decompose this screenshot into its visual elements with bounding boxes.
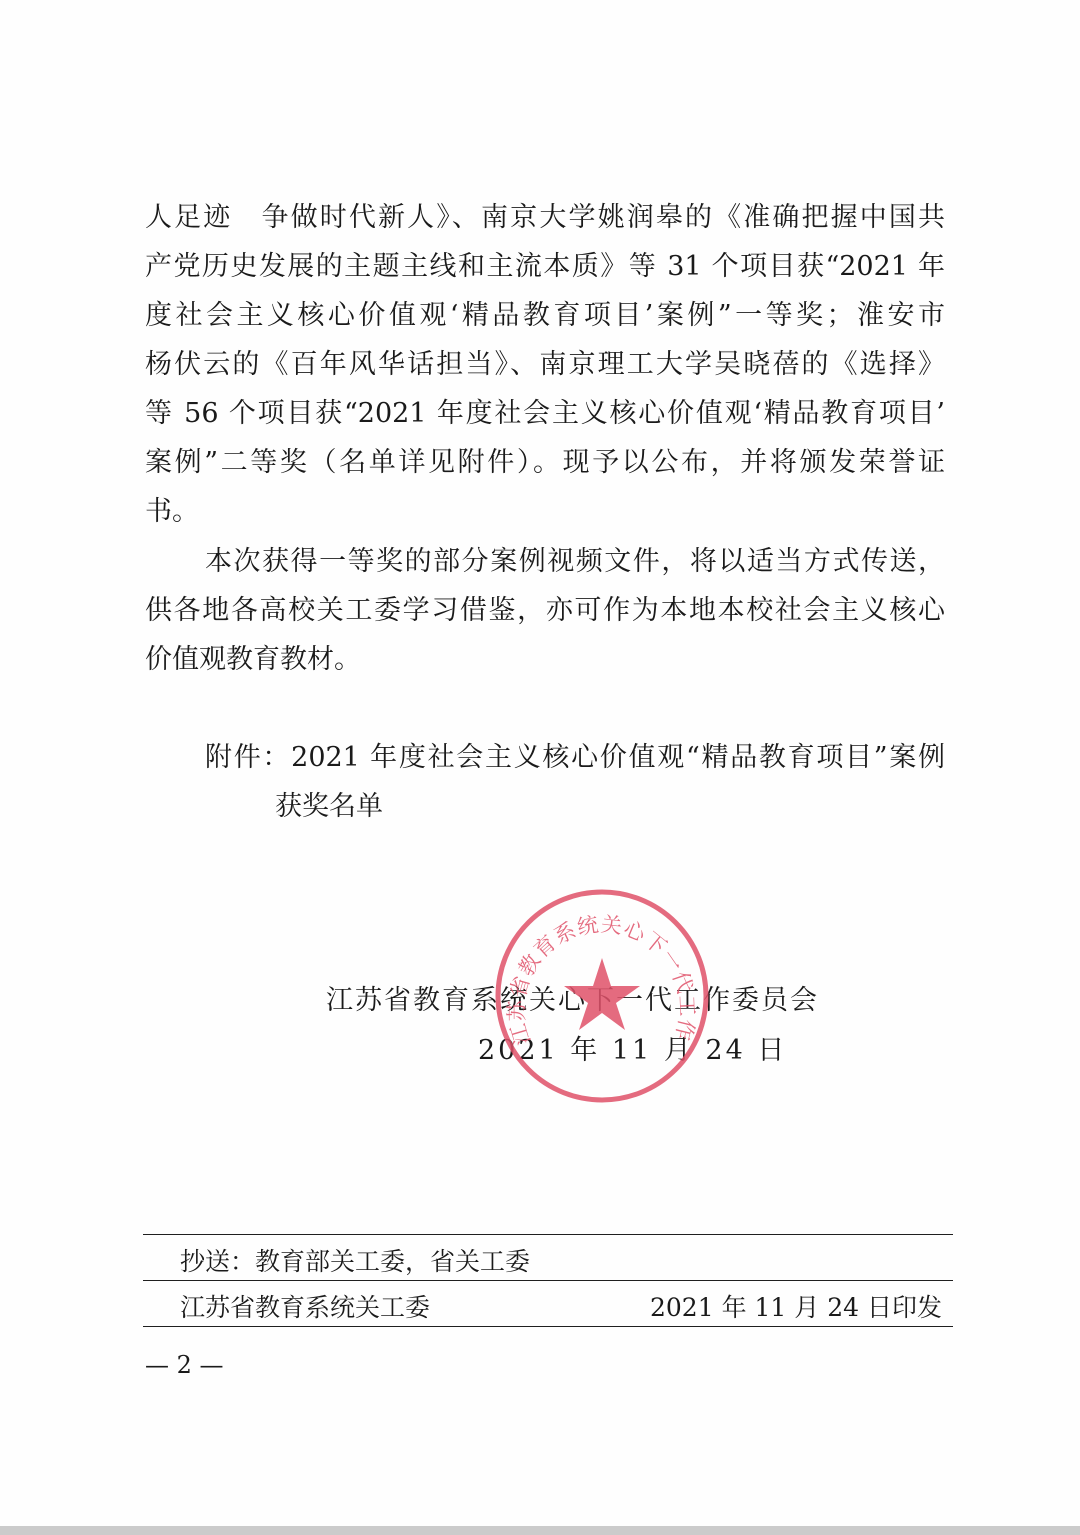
signature-organization: 江苏省教育系统关心下一代工作委员会 [326,984,819,1018]
text-line: 价值观教育教材。 [145,643,361,677]
divider [143,1234,953,1235]
page-number: — 2 — [145,1350,224,1380]
attachment-line: 附件：2021 年度社会主义核心价值观“精品教育项目”案例 [205,741,945,775]
divider [143,1326,953,1327]
text-line: 案例”二等奖（名单详见附件）。现予以公布，并将颁发荣誉证 [145,446,945,480]
document-page: 人足迹 争做时代新人》、南京大学姚润皋的《准确把握中国共 产党历史发展的主题主线… [0,0,1080,1526]
text-line: 供各地各高校关工委学习借鉴，亦可作为本地本校社会主义核心 [145,594,945,628]
text-line: 杨伏云的《百年风华话担当》、南京理工大学吴晓蓓的《选择》 [145,348,945,382]
seal-ring-text: 江苏省教育系统关心下一代工作委员会 [494,888,699,1048]
issuer: 江苏省教育系统关工委 [180,1292,430,1324]
divider [143,1280,953,1281]
text-line: 人足迹 争做时代新人》、南京大学姚润皋的《准确把握中国共 [145,201,945,235]
text-line: 书。 [145,495,199,529]
signature-date: 2021 年 11 月 24 日 [478,1034,787,1068]
cc-label: 抄送： [180,1247,255,1276]
attachment-line: 获奖名单 [275,790,383,824]
text-line: 本次获得一等奖的部分案例视频文件，将以适当方式传送， [205,545,945,579]
cc-line: 抄送：教育部关工委，省关工委 [180,1246,530,1278]
viewer-bottom-edge [0,1526,1080,1535]
text-line: 等 56 个项目获“2021 年度社会主义核心价值观‘精品教育项目’ [145,397,945,431]
text-line: 产党历史发展的主题主线和主流本质》等 31 个项目获“2021 年 [145,250,945,284]
text-line: 度社会主义核心价值观‘精品教育项目’案例”一等奖；淮安市 [145,299,945,333]
issue-date: 2021 年 11 月 24 日印发 [650,1292,942,1324]
cc-recipients: 教育部关工委，省关工委 [255,1247,530,1276]
